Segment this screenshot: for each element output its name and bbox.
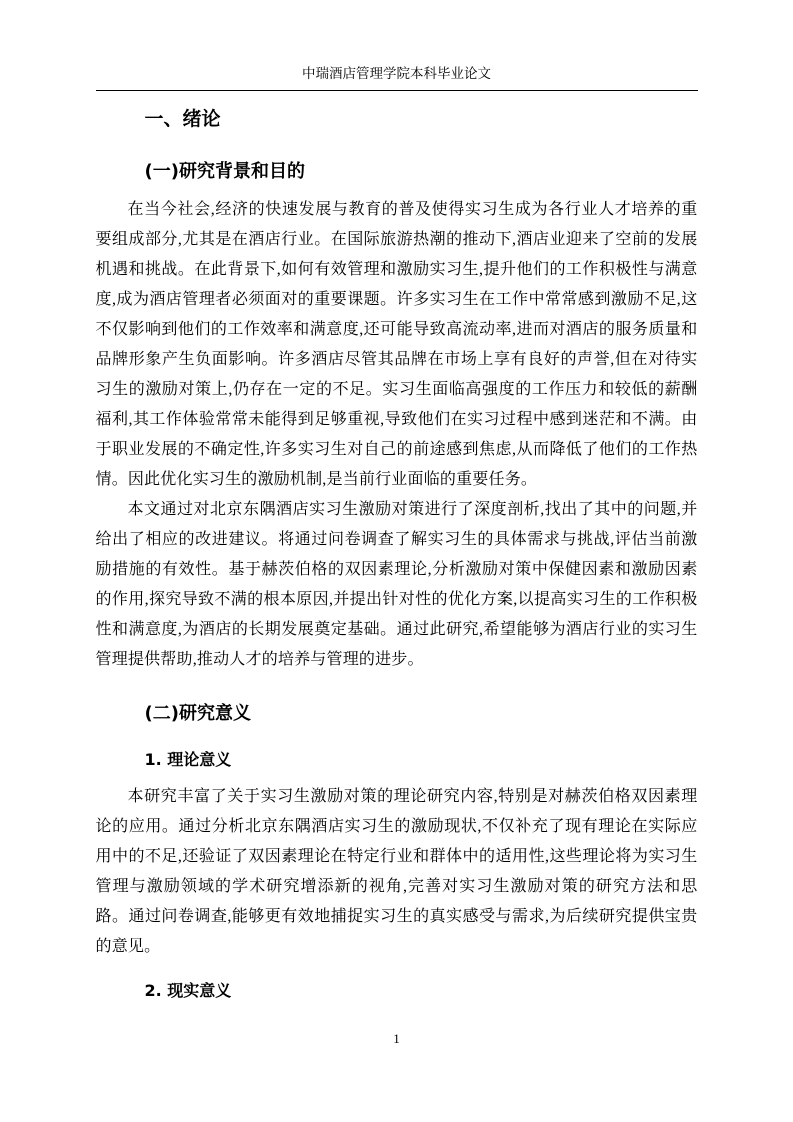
paragraph-theoretical-1: 本研究丰富了关于实习生激励对策的理论研究内容,特别是对赫茨伯格双因素理论的应用。… bbox=[96, 782, 698, 962]
paragraph-background-2: 本文通过对北京东隅酒店实习生激励对策进行了深度剖析,找出了其中的问题,并给出了相… bbox=[96, 495, 698, 675]
chapter-heading: 一、绪论 bbox=[145, 108, 698, 131]
subsection-heading-practical: 2. 现实意义 bbox=[145, 981, 698, 1001]
section-heading-background-purpose: (一)研究背景和目的 bbox=[145, 161, 698, 183]
paragraph-background-1: 在当今社会,经济的快速发展与教育的普及使得实习生成为各行业人才培养的重要组成部分… bbox=[96, 195, 698, 495]
thesis-page: 中瑞酒店管理学院本科毕业论文 一、绪论 (一)研究背景和目的 在当今社会,经济的… bbox=[0, 0, 793, 1122]
subsection-heading-theoretical: 1. 理论意义 bbox=[145, 750, 698, 770]
page-number: 1 bbox=[96, 1031, 698, 1047]
page-header: 中瑞酒店管理学院本科毕业论文 bbox=[96, 65, 698, 91]
page-content: 中瑞酒店管理学院本科毕业论文 一、绪论 (一)研究背景和目的 在当今社会,经济的… bbox=[96, 0, 698, 1047]
header-title: 中瑞酒店管理学院本科毕业论文 bbox=[302, 66, 491, 81]
section-heading-significance: (二)研究意义 bbox=[145, 703, 698, 725]
